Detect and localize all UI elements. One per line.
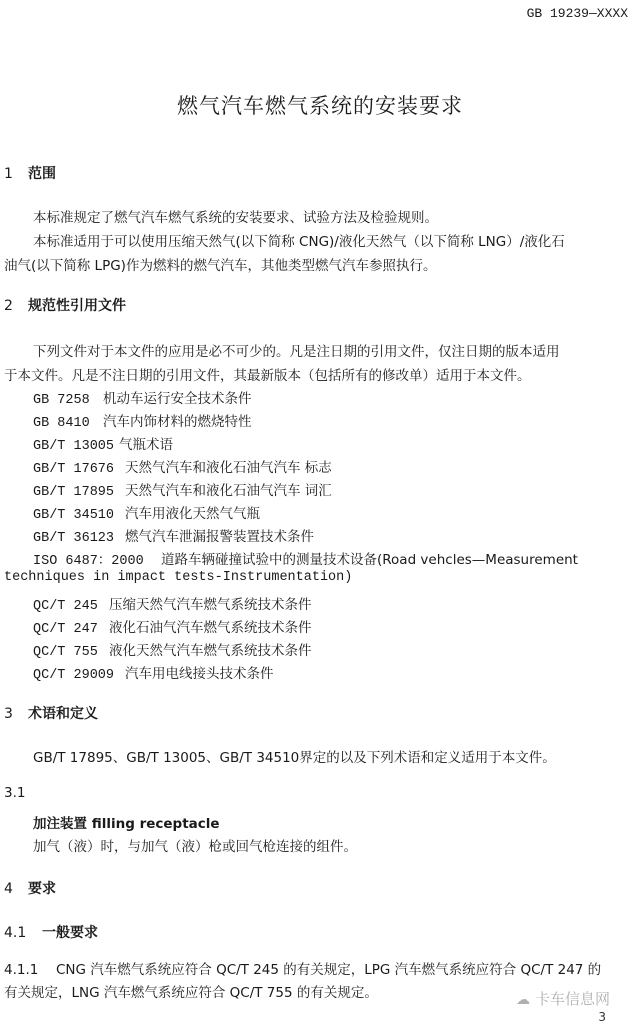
section-title: 要求 [28,881,56,897]
paragraph: 下列文件对于本文件的应用是必不可少的。凡是注日期的引用文件，仅注日期的版本适用 [33,340,560,360]
reference-item: ISO 6487：2000道路车辆碰撞试验中的测量技术设备(Road vehcl… [33,548,578,569]
section-number: 4 [4,881,28,897]
section-3-heading: 3术语和定义 [4,703,98,723]
section-number: 1 [4,166,28,182]
paragraph: 于本文件。凡是不注日期的引用文件，其最新版本（包括所有的修改单）适用于本文件。 [4,364,531,384]
subsection-heading: 4.1一般要求 [4,922,98,942]
reference-item: GB/T 17676天然气汽车和液化石油气汽车 标志 [33,456,332,477]
section-title: 术语和定义 [28,706,98,722]
section-1-heading: 1范围 [4,163,56,183]
reference-item: GB 7258机动车运行安全技术条件 [33,387,252,408]
clause: 4.1.1CNG 汽车燃气系统应符合 QC/T 245 的有关规定，LPG 汽车… [4,958,601,978]
reference-item: GB/T 34510汽车用液化天然气气瓶 [33,502,260,523]
watermark: ☁卡车信息网 [516,988,610,1009]
clause-number: 4.1.1 [4,962,56,978]
clause-text: CNG 汽车燃气系统应符合 QC/T 245 的有关规定，LPG 汽车燃气系统应… [56,962,601,978]
section-title: 范围 [28,166,56,182]
section-2-heading: 2规范性引用文件 [4,295,126,315]
page-number: 3 [598,1010,606,1024]
reference-item: GB/T 13005气瓶术语 [33,433,173,454]
subsection-number: 4.1 [4,925,42,941]
paragraph: GB/T 17895、GB/T 13005、GB/T 34510界定的以及下列术… [33,746,556,766]
section-number: 2 [4,298,28,314]
reference-item: GB/T 17895天然气汽车和液化石油气汽车 词汇 [33,479,332,500]
section-4-heading: 4要求 [4,878,56,898]
paragraph: 本标准规定了燃气汽车燃气系统的安装要求、试验方法及检验规则。 [33,206,438,226]
term-definition: 加气（液）时，与加气（液）枪或回气枪连接的组件。 [33,835,357,855]
section-title: 规范性引用文件 [28,298,126,314]
paragraph: 油气(以下简称 LPG)作为燃料的燃气汽车，其他类型燃气汽车参照执行。 [4,254,436,274]
reference-item: GB/T 36123燃气汽车泄漏报警装置技术条件 [33,525,314,546]
subsection-title: 一般要求 [42,925,98,941]
reference-item: QC/T 245压缩天然气汽车燃气系统技术条件 [33,593,312,614]
paragraph: 本标准适用于可以使用压缩天然气(以下简称 CNG)/液化天然气（以下简称 LNG… [33,230,565,250]
section-number: 3 [4,706,28,722]
reference-item: QC/T 29009汽车用电线接头技术条件 [33,662,274,683]
clause-continuation: 有关规定，LNG 汽车燃气系统应符合 QC/T 755 的有关规定。 [4,981,378,1001]
wechat-icon: ☁ [516,992,530,1008]
reference-continuation: techniques in impact tests-Instrumentati… [4,570,352,585]
standard-code: GB 19239—XXXX [527,6,628,21]
reference-item: QC/T 755液化天然气汽车燃气系统技术条件 [33,639,312,660]
reference-item: QC/T 247液化石油气汽车燃气系统技术条件 [33,616,312,637]
subsection-number: 3.1 [4,785,25,801]
document-title: 燃气汽车燃气系统的安装要求 [0,90,640,120]
reference-item: GB 8410汽车内饰材料的燃烧特性 [33,410,252,431]
term-heading: 加注装置 filling receptacle [33,812,220,832]
